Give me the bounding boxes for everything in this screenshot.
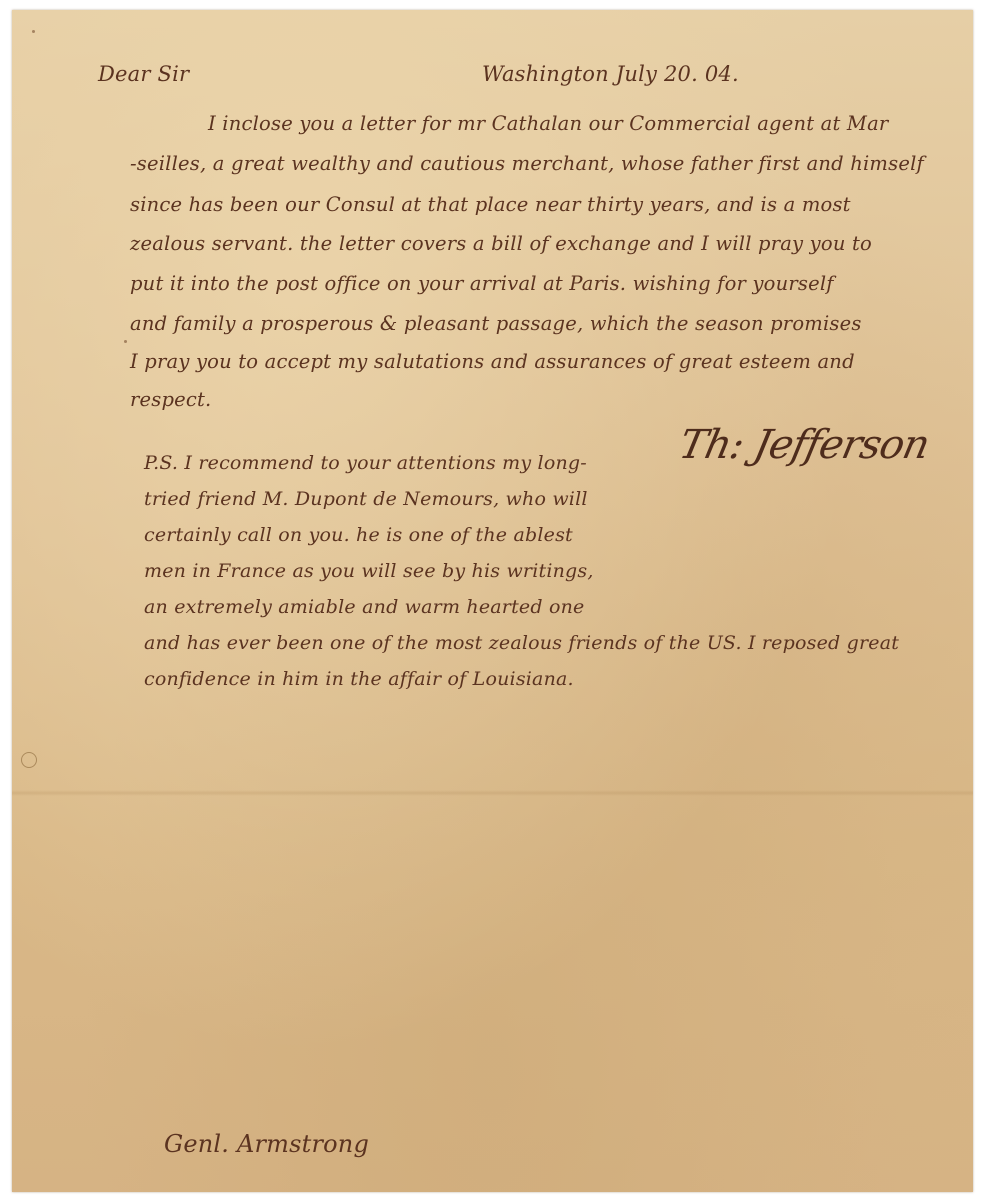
body-line: zealous servant. the letter covers a bil…	[130, 232, 872, 255]
salutation: Dear Sir	[98, 62, 189, 86]
addressee: Genl. Armstrong	[164, 1130, 369, 1158]
postscript-line: and has ever been one of the most zealou…	[144, 632, 899, 654]
paper-spot	[32, 30, 35, 33]
paper-spot	[124, 340, 127, 343]
postscript-line: tried friend M. Dupont de Nemours, who w…	[144, 488, 588, 510]
postscript-line: an extremely amiable and warm hearted on…	[144, 596, 585, 618]
pin-hole	[21, 752, 37, 768]
fold-crease	[12, 790, 973, 796]
postscript-line: certainly call on you. he is one of the …	[144, 524, 573, 546]
letter-page: Dear Sir Washington July 20. 04. I inclo…	[12, 10, 973, 1192]
body-line: and family a prosperous & pleasant passa…	[130, 312, 862, 335]
body-line: I inclose you a letter for mr Cathalan o…	[208, 112, 888, 135]
body-line: -seilles, a great wealthy and cautious m…	[130, 152, 924, 175]
body-line: put it into the post office on your arri…	[130, 272, 834, 295]
body-line: respect.	[130, 388, 211, 411]
body-line: I pray you to accept my salutations and …	[130, 350, 855, 373]
postscript-line: men in France as you will see by his wri…	[144, 560, 594, 582]
body-line: since has been our Consul at that place …	[130, 193, 851, 216]
postscript-line: confidence in him in the affair of Louis…	[144, 668, 574, 690]
postscript-line: P.S. I recommend to your attentions my l…	[144, 452, 587, 474]
dateline: Washington July 20. 04.	[482, 62, 739, 86]
signature: Th: Jefferson	[675, 422, 933, 468]
